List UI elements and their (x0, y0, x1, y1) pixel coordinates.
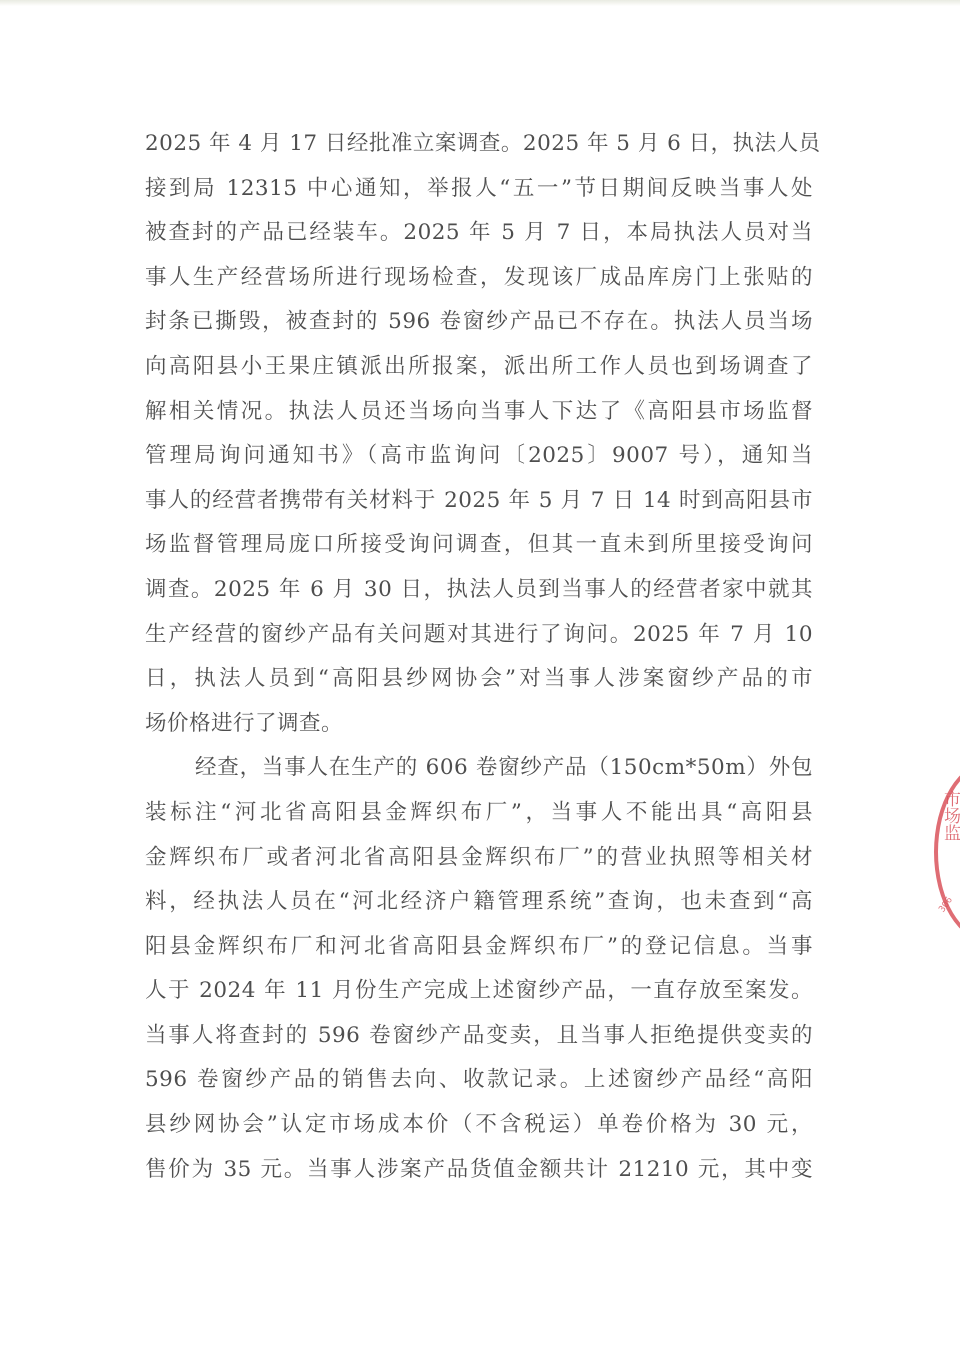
text-line: 事人生产经营场所进行现场检查，发现该厂成品库房门上张贴的 (145, 256, 813, 301)
text-line: 经查，当事人在生产的 606 卷窗纱产品（150cm*50m）外包 (145, 746, 813, 791)
text-line: 调查。2025 年 6 月 30 日，执法人员到当事人的经营者家中就其 (145, 568, 813, 613)
text-line: 场监督管理局庞口所接受询问调查，但其一直未到所里接受询问 (145, 523, 813, 568)
text-line: 场价格进行了调查。 (145, 702, 813, 747)
text-line: 日，执法人员到“高阳县纱网协会”对当事人涉案窗纱产品的市 (145, 657, 813, 702)
paragraph-2: 经查，当事人在生产的 606 卷窗纱产品（150cm*50m）外包 装标注“河北… (145, 746, 813, 1192)
text-line: 事人的经营者携带有关材料于 2025 年 5 月 7 日 14 时到高阳县市 (145, 479, 813, 524)
text-line: 生产经营的窗纱产品有关问题对其进行了询问。2025 年 7 月 10 (145, 613, 813, 658)
text-line: 被查封的产品已经装车。2025 年 5 月 7 日，本局执法人员对当 (145, 211, 813, 256)
text-line: 封条已撕毁，被查封的 596 卷窗纱产品已不存在。执法人员当场 (145, 300, 813, 345)
text-line: 当事人将查封的 596 卷窗纱产品变卖，且当事人拒绝提供变卖的 (145, 1014, 813, 1059)
text-line: 金辉织布厂或者河北省高阳县金辉织布厂”的营业执照等相关材 (145, 836, 813, 881)
document-body: 2025 年 4 月 17 日经批准立案调查。2025 年 5 月 6 日，执法… (145, 122, 813, 1192)
official-seal-stamp (934, 762, 960, 942)
text-line: 解相关情况。执法人员还当场向当事人下达了《高阳县市场监督 (145, 390, 813, 435)
text-line: 管理局询问通知书》（高市监询问〔2025〕9007 号），通知当 (145, 434, 813, 479)
scan-top-edge (0, 0, 960, 6)
text-line: 料，经执法人员在“河北经济户籍管理系统”查询，也未查到“高 (145, 880, 813, 925)
text-line: 装标注“河北省高阳县金辉织布厂”，当事人不能出具“高阳县 (145, 791, 813, 836)
text-line: 接到局 12315 中心通知，举报人“五一”节日期间反映当事人处 (145, 167, 813, 212)
text-line: 售价为 35 元。当事人涉案产品货值金额共计 21210 元，其中变 (145, 1148, 813, 1193)
text-line: 县纱网协会”认定市场成本价（不含税运）单卷价格为 30 元， (145, 1103, 813, 1148)
text-line: 向高阳县小王果庄镇派出所报案，派出所工作人员也到场调查了 (145, 345, 813, 390)
text-line: 2025 年 4 月 17 日经批准立案调查。2025 年 5 月 6 日，执法… (145, 122, 813, 167)
paragraph-1: 2025 年 4 月 17 日经批准立案调查。2025 年 5 月 6 日，执法… (145, 122, 813, 746)
seal-text: 市场监 (942, 790, 960, 841)
text-line: 596 卷窗纱产品的销售去向、收款记录。上述窗纱产品经“高阳 (145, 1058, 813, 1103)
text-line: 阳县金辉织布厂和河北省高阳县金辉织布厂”的登记信息。当事 (145, 925, 813, 970)
text-line: 人于 2024 年 11 月份生产完成上述窗纱产品，一直存放至案发。 (145, 969, 813, 1014)
